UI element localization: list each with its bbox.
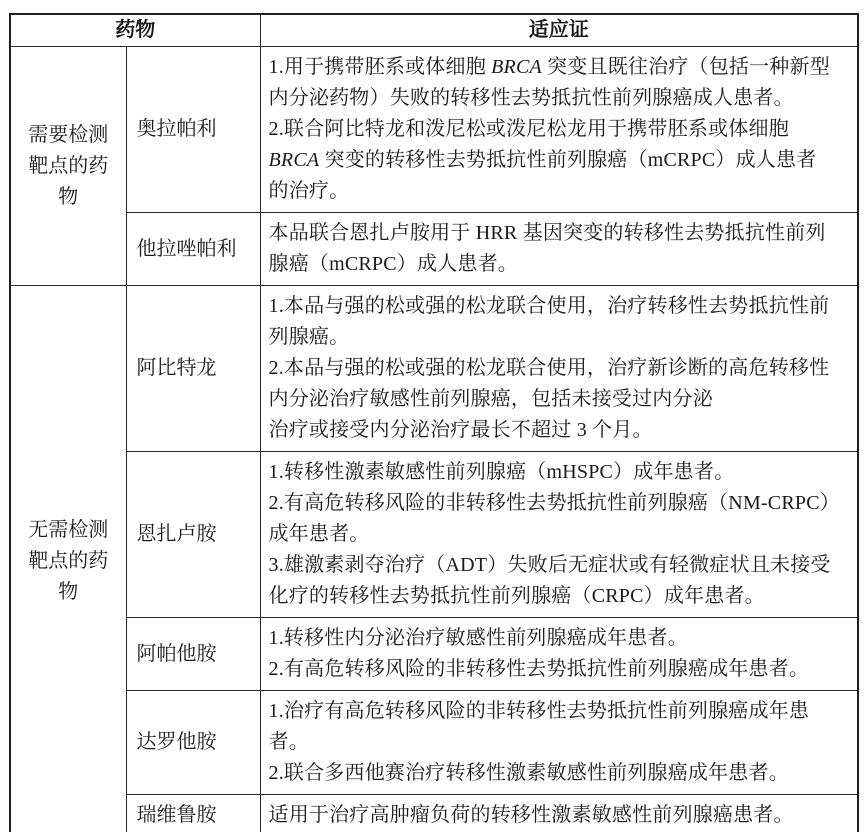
indication-cell-abiraterone: 1.本品与强的松或强的松龙联合使用，治疗转移性去势抵抗性前 列腺癌。 2.本品与… — [260, 286, 858, 452]
drug-cell-rezvilutamide: 瑞维鲁胺 — [126, 795, 260, 832]
drug-cell-apalutamide: 阿帕他胺 — [126, 618, 260, 691]
header-row: 药物 适应证 — [10, 14, 858, 47]
table-row: 恩扎卢胺 1.转移性激素敏感性前列腺癌（mHSPC）成年患者。 2.有高危转移风… — [10, 452, 858, 618]
indication-cell-darolutamide: 1.治疗有高危转移风险的非转移性去势抵抗性前列腺癌成年患 者。 2.联合多西他赛… — [260, 691, 858, 795]
indication-cell-talazoparib: 本品联合恩扎卢胺用于 HRR 基因突变的转移性去势抵抗性前列 腺癌（mCRPC）… — [260, 213, 858, 286]
drug-cell-enzalutamide: 恩扎卢胺 — [126, 452, 260, 618]
drug-cell-darolutamide: 达罗他胺 — [126, 691, 260, 795]
table-row: 他拉唑帕利 本品联合恩扎卢胺用于 HRR 基因突变的转移性去势抵抗性前列 腺癌（… — [10, 213, 858, 286]
indication-cell-rezvilutamide: 适用于治疗高肿瘤负荷的转移性激素敏感性前列腺癌患者。 — [260, 795, 858, 832]
table-row: 达罗他胺 1.治疗有高危转移风险的非转移性去势抵抗性前列腺癌成年患 者。 2.联… — [10, 691, 858, 795]
indication-cell-enzalutamide: 1.转移性激素敏感性前列腺癌（mHSPC）成年患者。 2.有高危转移风险的非转移… — [260, 452, 858, 618]
group-cell-no-target-required: 无需检测靶点的药物 — [10, 286, 126, 832]
indication-cell-olaparib: 1.用于携带胚系或体细胞 BRCA 突变且既往治疗（包括一种新型 内分泌药物）失… — [260, 47, 858, 213]
drug-cell-olaparib: 奥拉帕利 — [126, 47, 260, 213]
indication-cell-apalutamide: 1.转移性内分泌治疗敏感性前列腺癌成年患者。 2.有高危转移风险的非转移性去势抵… — [260, 618, 858, 691]
column-header-drug: 药物 — [10, 14, 260, 47]
column-header-indication: 适应证 — [260, 14, 858, 47]
table-row: 瑞维鲁胺 适用于治疗高肿瘤负荷的转移性激素敏感性前列腺癌患者。 — [10, 795, 858, 832]
drug-indication-table: 药物 适应证 需要检测靶点的药物 奥拉帕利 1.用于携带胚系或体细胞 BRCA … — [9, 13, 859, 832]
group-cell-target-required: 需要检测靶点的药物 — [10, 47, 126, 286]
table-row: 无需检测靶点的药物 阿比特龙 1.本品与强的松或强的松龙联合使用，治疗转移性去势… — [10, 286, 858, 452]
table-row: 阿帕他胺 1.转移性内分泌治疗敏感性前列腺癌成年患者。 2.有高危转移风险的非转… — [10, 618, 858, 691]
document-page: 药物 适应证 需要检测靶点的药物 奥拉帕利 1.用于携带胚系或体细胞 BRCA … — [0, 0, 865, 832]
drug-cell-talazoparib: 他拉唑帕利 — [126, 213, 260, 286]
table-row: 需要检测靶点的药物 奥拉帕利 1.用于携带胚系或体细胞 BRCA 突变且既往治疗… — [10, 47, 858, 213]
drug-cell-abiraterone: 阿比特龙 — [126, 286, 260, 452]
